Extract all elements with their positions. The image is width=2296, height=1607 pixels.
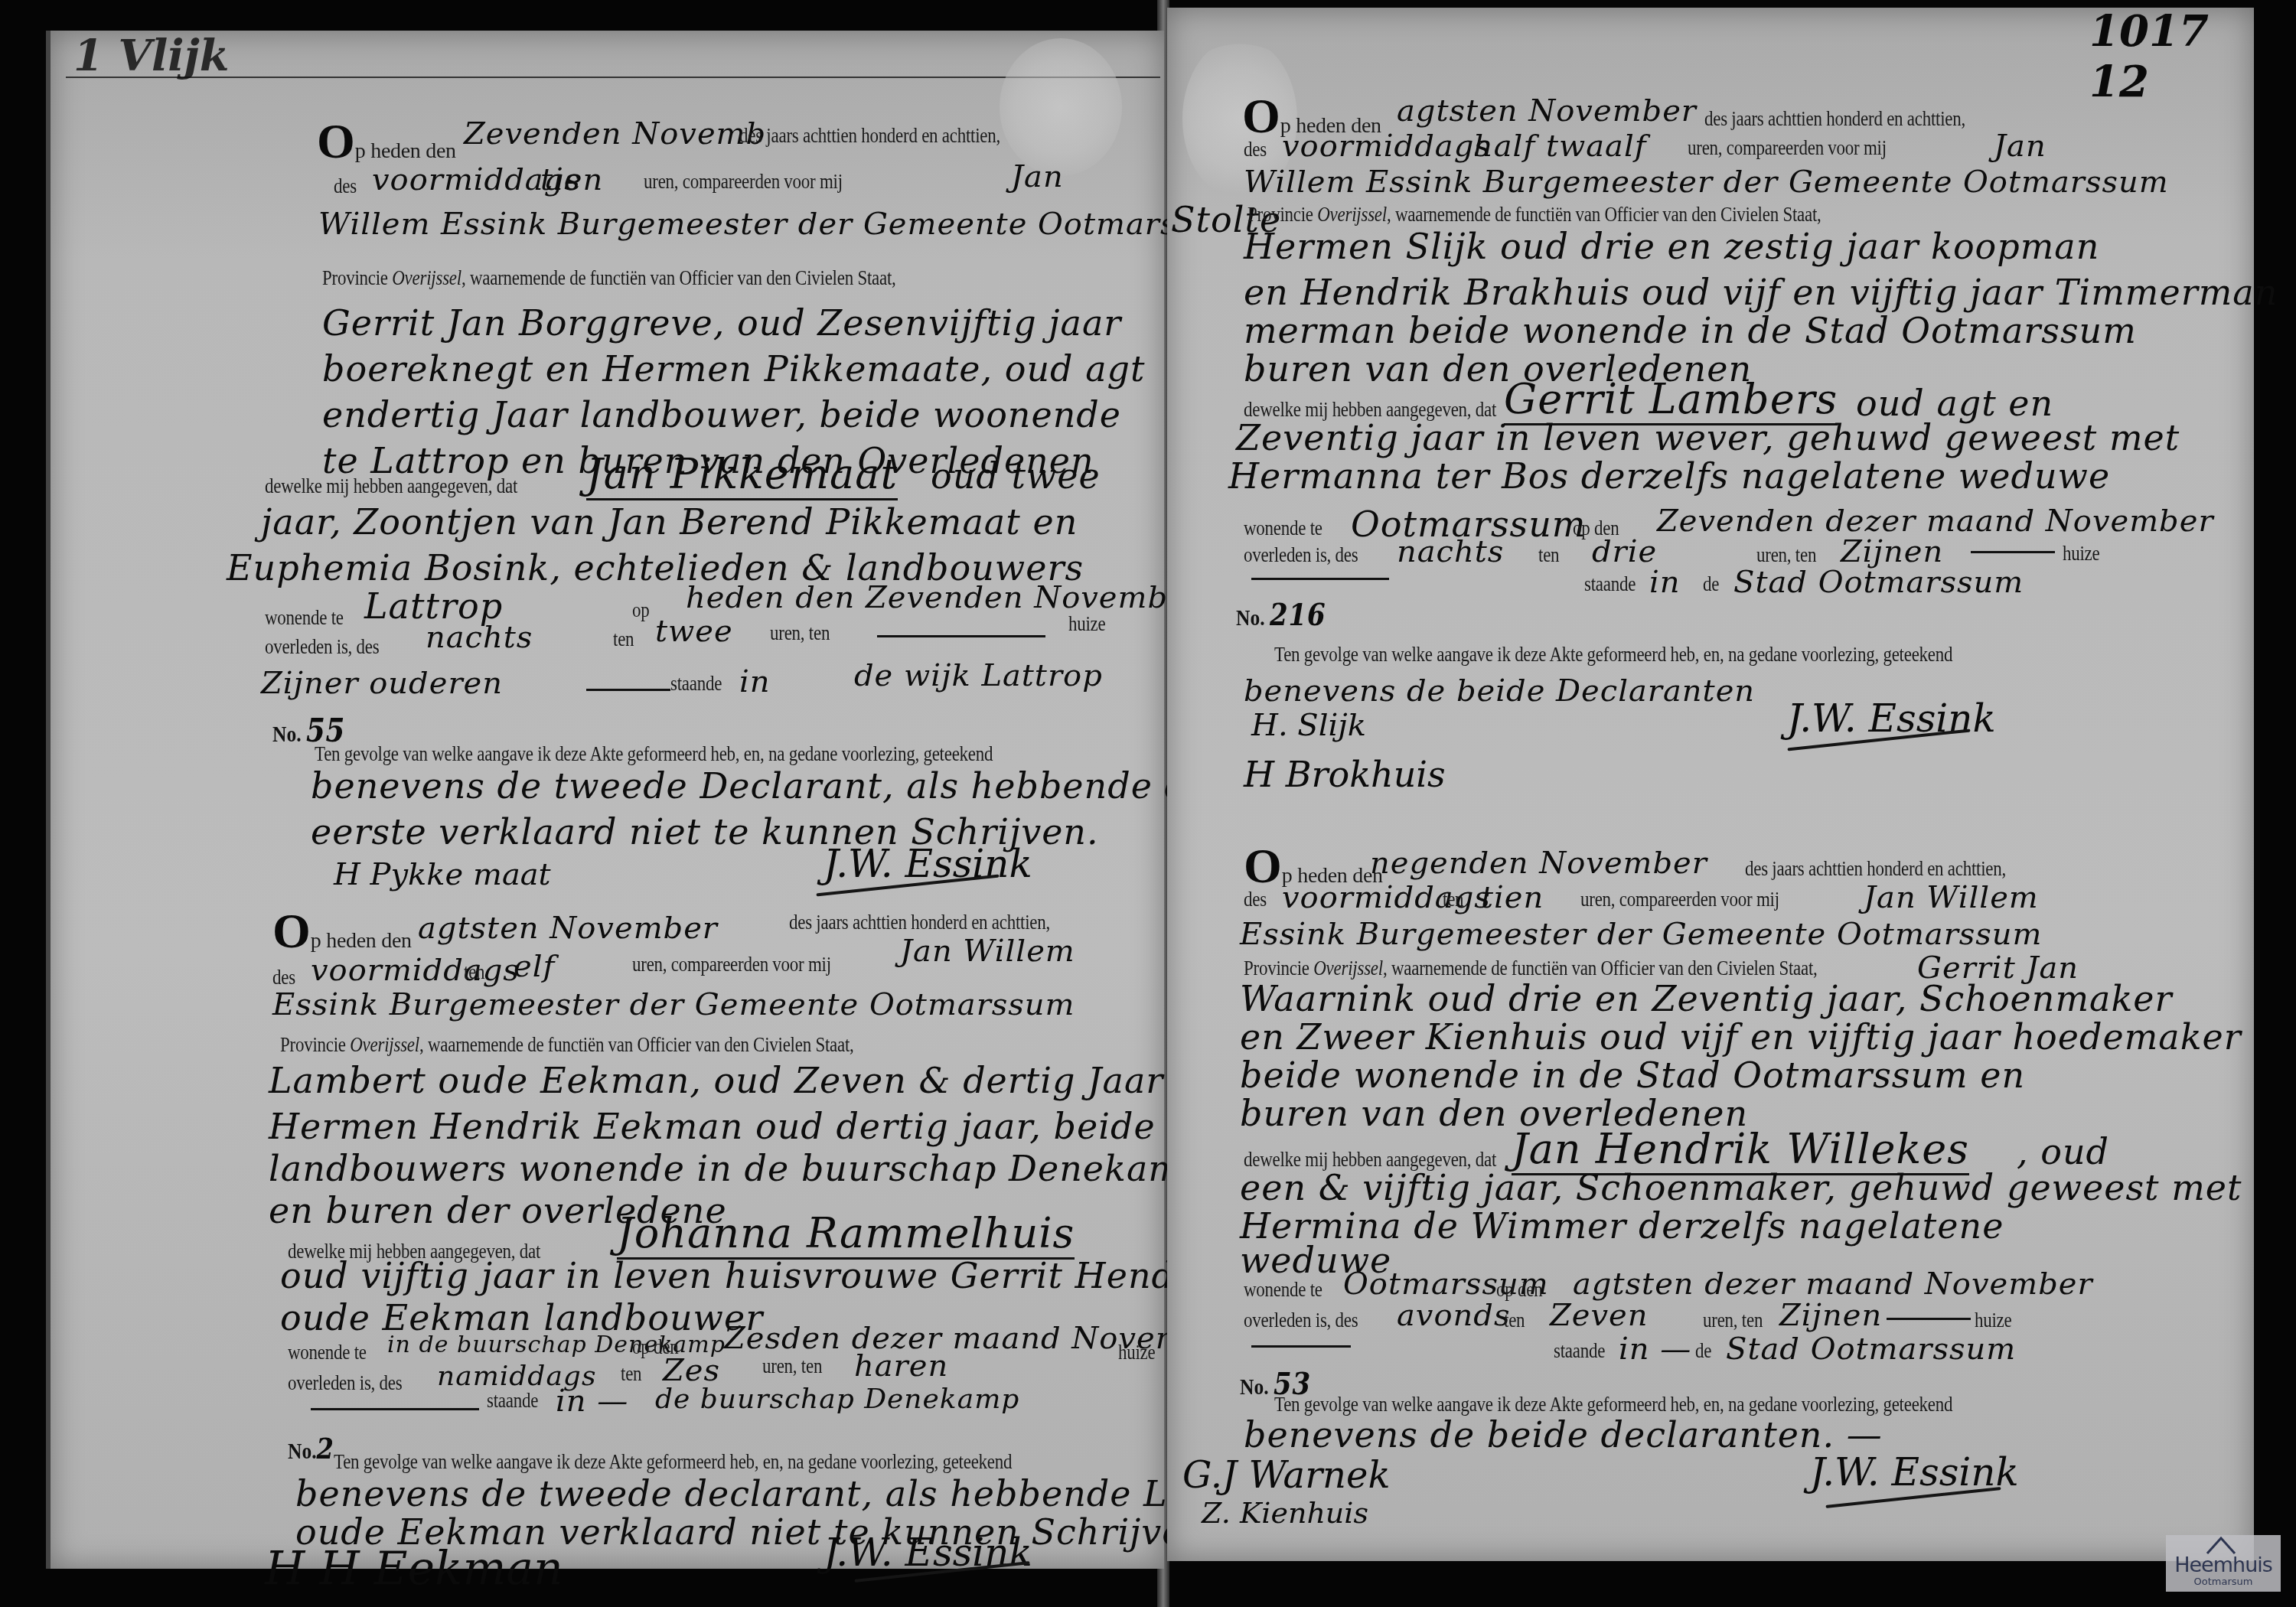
signature-officer: J.W. Essink xyxy=(1787,696,1996,741)
house-roof-icon xyxy=(2206,1537,2236,1555)
record-date: Zevenden Novemb xyxy=(464,116,766,152)
signature-declarant-2: H Brokhuis xyxy=(1244,754,1446,795)
blank-line xyxy=(1971,551,2055,553)
signature-declarant-2: Z. Kienhuis xyxy=(1202,1496,1368,1530)
heemhuis-watermark: Heemhuis Ootmarsum xyxy=(2166,1535,2281,1592)
blank-line xyxy=(586,689,670,691)
top-rule xyxy=(66,77,1160,78)
blank-line xyxy=(1887,1318,1971,1320)
left-page: 1 Vlijk Op heden den Zevenden Novemb des… xyxy=(46,31,1164,1569)
blank-line xyxy=(1251,1345,1351,1348)
record-date: agtsten November xyxy=(1397,93,1697,129)
record-date: negenden November xyxy=(1370,846,1707,881)
right-page: 1017 12 Stolte Op heden den agtsten Nove… xyxy=(1167,8,2254,1561)
signature-declarant-1: G.J Warnek xyxy=(1182,1454,1391,1497)
folio-mark-right: 1017 12 xyxy=(2089,6,2254,107)
deceased-name: Johanna Rammelhuis xyxy=(617,1209,1075,1260)
folio-mark-left: 1 Vlijk xyxy=(73,31,230,81)
deceased-name: Jan Pikkemaat xyxy=(586,450,898,500)
embossed-seal xyxy=(1000,38,1122,176)
record-number: 2 xyxy=(317,1431,334,1465)
record-date: agtsten November xyxy=(418,911,718,946)
initial-o: O xyxy=(317,114,355,168)
signature-declarant-1: H. Slijk xyxy=(1251,708,1366,743)
blank-line xyxy=(1251,578,1389,580)
signature-officer: J.W. Essink xyxy=(823,1530,1032,1575)
record-number: 216 xyxy=(1270,597,1326,633)
signature-declarant: H H Eekman xyxy=(265,1542,563,1596)
blank-line xyxy=(877,635,1045,637)
signature-officer: J.W. Essink xyxy=(823,842,1032,886)
signature-declarant: H Pykke maat xyxy=(334,857,551,892)
blank-line xyxy=(311,1408,479,1410)
